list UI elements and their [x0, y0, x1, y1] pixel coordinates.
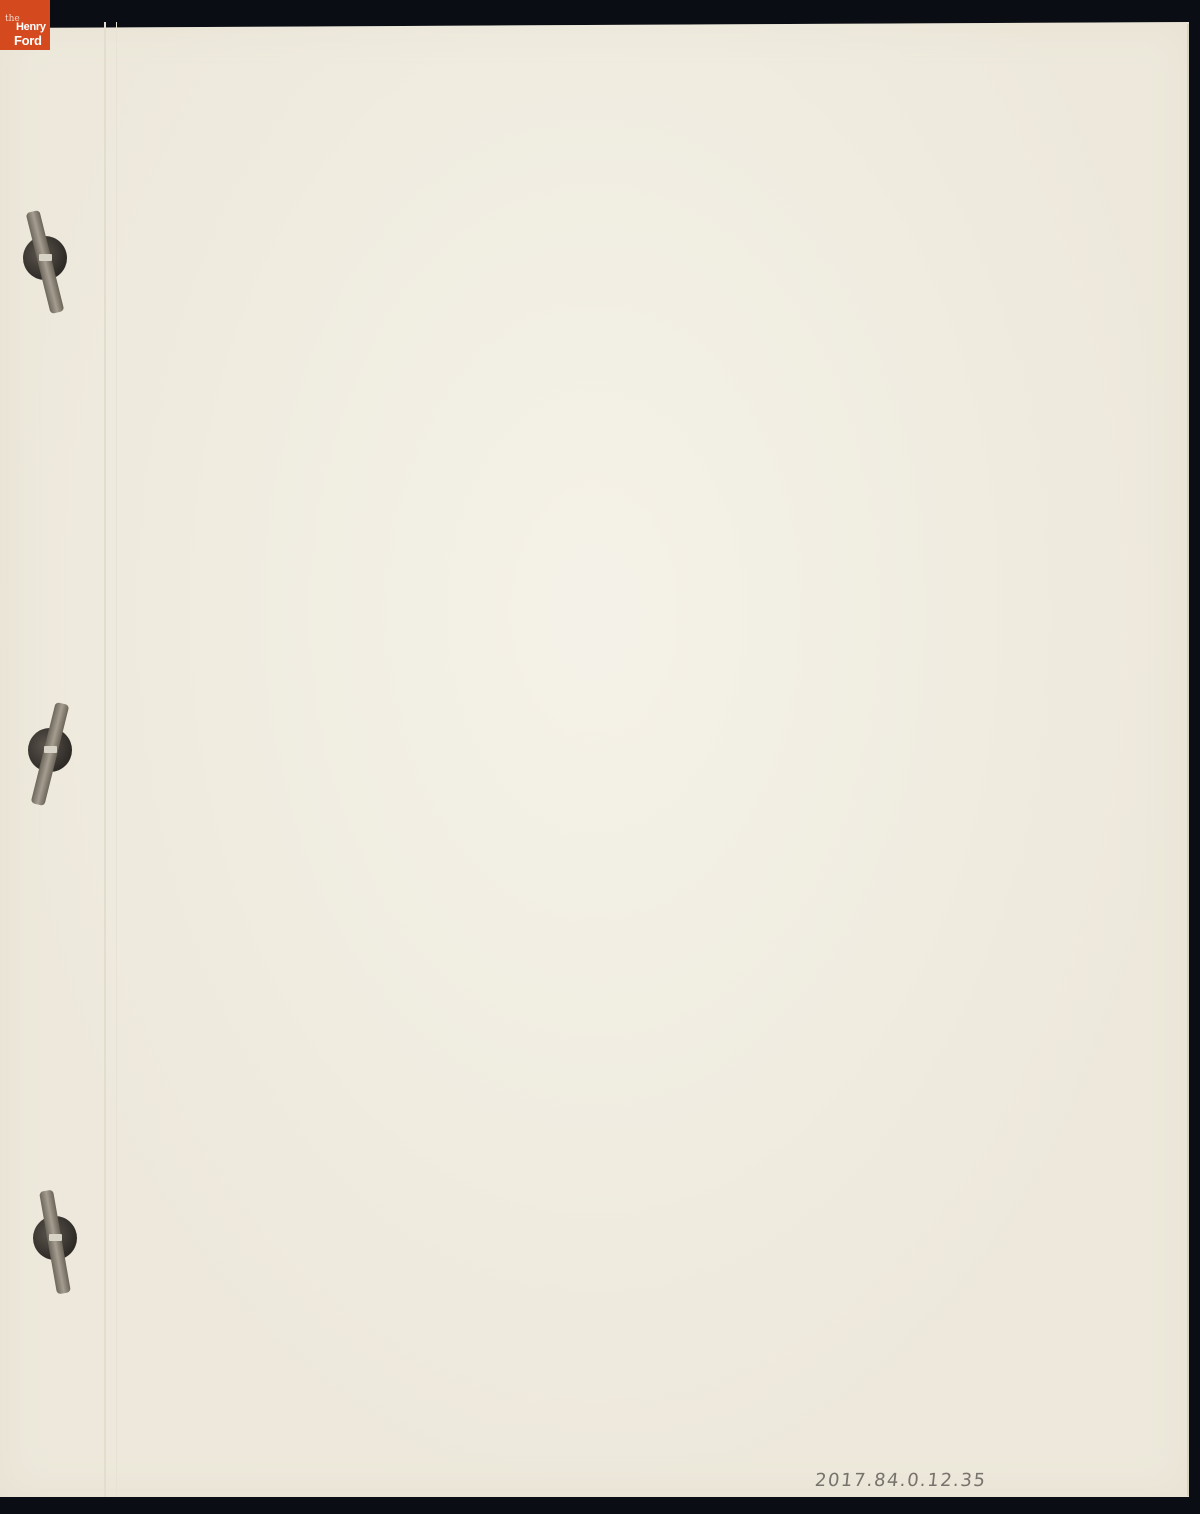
- spine-fold-line: [104, 22, 106, 1497]
- logo-henry: Henry: [16, 22, 46, 33]
- page-right-edge: [1187, 24, 1189, 1496]
- logo-ford: Ford: [14, 34, 42, 47]
- fastener-slot: [44, 746, 57, 753]
- fastener-slot: [49, 1234, 62, 1241]
- binding-fastener-icon: [17, 702, 77, 812]
- album-page: [0, 22, 1189, 1497]
- fastener-slot: [39, 254, 52, 261]
- henry-ford-logo: the Henry Ford: [0, 0, 50, 50]
- binding-fastener-icon: [22, 1190, 82, 1300]
- binding-fastener-icon: [12, 210, 72, 320]
- accession-number: 2017.84.0.12.35: [814, 1470, 988, 1491]
- spine-fold-line-inner: [116, 22, 117, 1497]
